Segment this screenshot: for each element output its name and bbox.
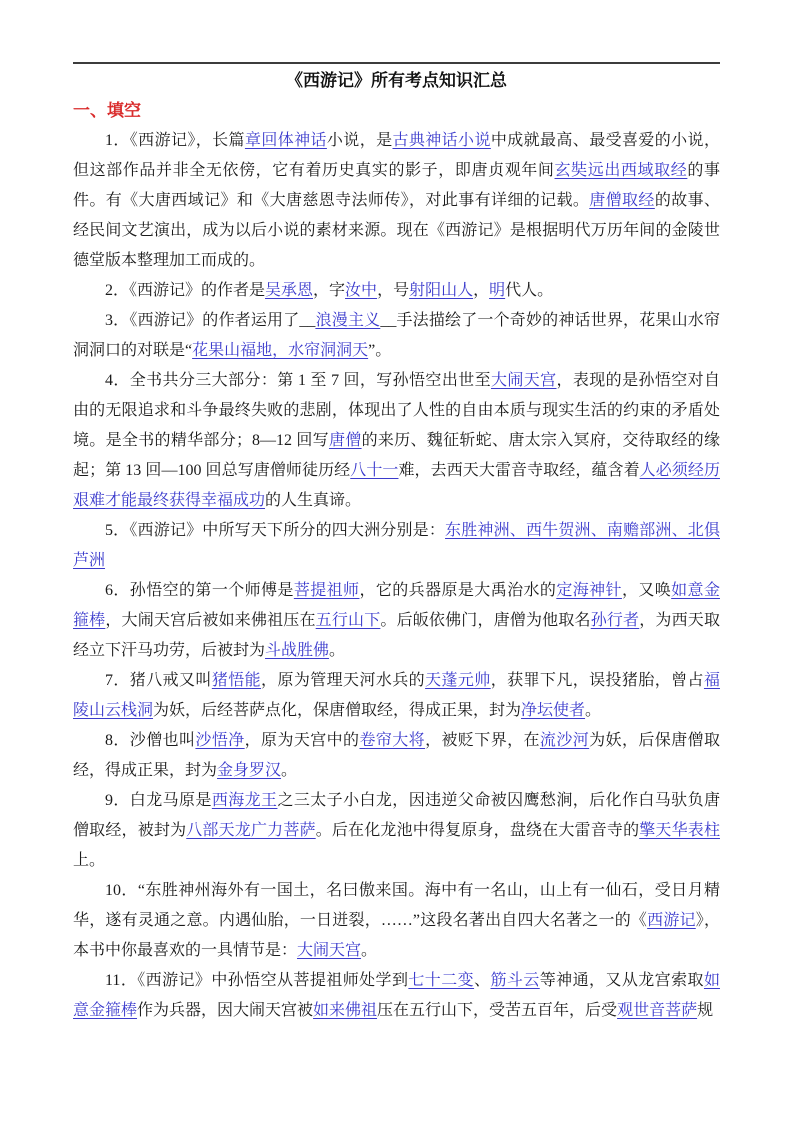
text-run: ， xyxy=(473,282,489,299)
answer-link[interactable]: 八十一 xyxy=(350,462,398,479)
answer-link[interactable]: 五行山下 xyxy=(316,612,381,629)
answer-link[interactable]: 天蓬元帅 xyxy=(425,672,491,689)
answer-link[interactable]: 大闹天宫 xyxy=(297,942,361,959)
text-run: ，字 xyxy=(313,282,345,299)
text-run: ，获罪下凡，误投猪胎，曾占 xyxy=(491,672,704,689)
text-run: ，大闹天宫后被如来佛祖压在 xyxy=(105,612,315,629)
text-run: 6．孙悟空的第一个师傅是 xyxy=(105,582,294,599)
answer-link[interactable]: 明 xyxy=(489,282,505,299)
answer-link[interactable]: 浪漫主义 xyxy=(315,312,380,329)
text-run: ，号 xyxy=(377,282,409,299)
text-run: 上。 xyxy=(73,852,105,869)
answer-link[interactable]: 如来佛祖 xyxy=(313,1002,377,1019)
answer-link[interactable]: 古典神话小说 xyxy=(392,132,490,149)
text-run: 10．“东胜神州海外有一国土，名曰傲来国。海中有一名山，山上有一仙石，受日月精华… xyxy=(73,882,720,929)
text-run: 压在五行山下，受苦五百年，后受 xyxy=(377,1002,617,1019)
page-title: 《西游记》所有考点知识汇总 xyxy=(73,66,720,96)
paragraph: 10．“东胜神州海外有一国土，名曰傲来国。海中有一名山，山上有一仙石，受日月精华… xyxy=(73,876,720,966)
answer-link[interactable]: 擎天华表柱 xyxy=(639,822,720,839)
text-run: 。 xyxy=(329,642,345,659)
text-run: 等神通，又从龙宫索取 xyxy=(540,972,704,989)
text-run: ，原为天宫中的 xyxy=(245,732,360,749)
answer-link[interactable]: 七十二变 xyxy=(408,972,474,989)
answer-link[interactable]: 大闹天宫 xyxy=(491,372,557,389)
text-run: 小说，是 xyxy=(327,132,393,149)
paragraph: 5．《西游记》中所写天下所分的四大洲分别是：东胜神洲、西牛贺洲、南赡部洲、北俱芦… xyxy=(73,516,720,576)
answer-link[interactable]: 猪悟能 xyxy=(212,672,261,689)
answer-link[interactable]: 唐僧取经 xyxy=(589,192,655,209)
text-run: 难，去西天大雷音寺取经，蕴含着 xyxy=(398,462,639,479)
answer-link[interactable]: 射阳山人 xyxy=(409,282,473,299)
answer-link[interactable]: 筋斗云 xyxy=(490,972,539,989)
text-run: ，它的兵器原是大禹治水的 xyxy=(359,582,556,599)
answer-link[interactable]: 菩提祖师 xyxy=(294,582,360,599)
answer-link[interactable]: 西海龙王 xyxy=(212,792,278,809)
text-run: 1．《西游记》，长篇 xyxy=(105,132,245,149)
paragraph: 6．孙悟空的第一个师傅是菩提祖师，它的兵器原是大禹治水的定海神针，又唤如意金箍棒… xyxy=(73,576,720,666)
text-run: 5．《西游记》中所写天下所分的四大洲分别是： xyxy=(105,522,445,539)
text-run: 。后皈依佛门，唐僧为他取名 xyxy=(380,612,590,629)
text-run: 3．《西游记》的作者运用了__ xyxy=(105,312,315,329)
answer-link[interactable]: 吴承恩 xyxy=(265,282,313,299)
text-run: 8．沙僧也叫 xyxy=(105,732,195,749)
answer-link[interactable]: 沙悟净 xyxy=(195,732,244,749)
text-run: 11．《西游记》中孙悟空从菩提祖师处学到 xyxy=(105,972,408,989)
answer-link[interactable]: 金身罗汉 xyxy=(217,762,281,779)
paragraph: 4．全书共分三大部分：第 1 至 7 回，写孙悟空出世至大闹天宫，表现的是孙悟空… xyxy=(73,366,720,516)
text-run: 作为兵器，因大闹天宫被 xyxy=(137,1002,313,1019)
paragraph: 8．沙僧也叫沙悟净，原为天宫中的卷帘大将，被贬下界，在流沙河为妖，后保唐僧取经，… xyxy=(73,726,720,786)
answer-link[interactable]: 西游记 xyxy=(647,912,696,929)
section-heading-fill-blank: 一、填空 xyxy=(73,96,720,126)
text-run: 的人生真谛。 xyxy=(265,492,361,509)
paragraph: 7．猪八戒又叫猪悟能，原为管理天河水兵的天蓬元帅，获罪下凡，误投猪胎，曾占福陵山… xyxy=(73,666,720,726)
header-rule xyxy=(73,62,720,64)
answer-link[interactable]: 八部天龙广力菩萨 xyxy=(186,822,315,839)
paragraph: 1．《西游记》，长篇章回体神话小说，是古典神话小说中成就最高、最受喜爱的小说，但… xyxy=(73,126,720,276)
text-run: 2．《西游记》的作者是 xyxy=(105,282,265,299)
document-page: 《西游记》所有考点知识汇总 一、填空 1．《西游记》，长篇章回体神话小说，是古典… xyxy=(0,0,793,1122)
answer-link[interactable]: 卷帘大将 xyxy=(359,732,425,749)
paragraph: 2．《西游记》的作者是吴承恩，字汝中，号射阳山人，明代人。 xyxy=(73,276,720,306)
text-run: 4．全书共分三大部分：第 1 至 7 回，写孙悟空出世至 xyxy=(105,372,491,389)
answer-link[interactable]: 汝中 xyxy=(345,282,377,299)
answer-link[interactable]: 孙行者 xyxy=(591,612,640,629)
answer-link[interactable]: 玄奘远出西域取经 xyxy=(555,162,688,179)
answer-link[interactable]: 花果山福地，水帘洞洞天 xyxy=(192,342,368,359)
text-run: 。 xyxy=(281,762,297,779)
text-run: 。 xyxy=(585,702,601,719)
answer-link[interactable]: 唐僧 xyxy=(329,432,362,449)
text-run: 规 xyxy=(697,1002,713,1019)
text-run: 。 xyxy=(361,942,377,959)
paragraph: 3．《西游记》的作者运用了__浪漫主义__手法描绘了一个奇妙的神话世界，花果山水… xyxy=(73,306,720,366)
text-run: 。后在化龙池中得复原身，盘绕在大雷音寺的 xyxy=(316,822,640,839)
text-run: 为妖，后经菩萨点化，保唐僧取经，得成正果，封为 xyxy=(153,702,521,719)
answer-link[interactable]: 斗战胜佛 xyxy=(265,642,329,659)
answer-link[interactable]: 净坛使者 xyxy=(521,702,585,719)
text-run: ，原为管理天河水兵的 xyxy=(261,672,425,689)
answer-link[interactable]: 定海神针 xyxy=(556,582,622,599)
paragraph: 11．《西游记》中孙悟空从菩提祖师处学到七十二变、筋斗云等神通，又从龙宫索取如意… xyxy=(73,966,720,1026)
text-run: 7．猪八戒又叫 xyxy=(105,672,212,689)
text-run: 代人。 xyxy=(505,282,553,299)
answer-link[interactable]: 观世音菩萨 xyxy=(617,1002,697,1019)
text-run: ，又唤 xyxy=(622,582,671,599)
paragraph: 9．白龙马原是西海龙王之三太子小白龙，因违逆父命被囚鹰愁涧，后化作白马驮负唐僧取… xyxy=(73,786,720,876)
paragraph-list: 1．《西游记》，长篇章回体神话小说，是古典神话小说中成就最高、最受喜爱的小说，但… xyxy=(73,126,720,1026)
text-run: 9．白龙马原是 xyxy=(105,792,212,809)
text-run: 、 xyxy=(474,972,490,989)
text-run: ，被贬下界，在 xyxy=(425,732,540,749)
text-run: ”。 xyxy=(368,342,391,359)
answer-link[interactable]: 章回体神话 xyxy=(245,132,327,149)
answer-link[interactable]: 流沙河 xyxy=(540,732,589,749)
